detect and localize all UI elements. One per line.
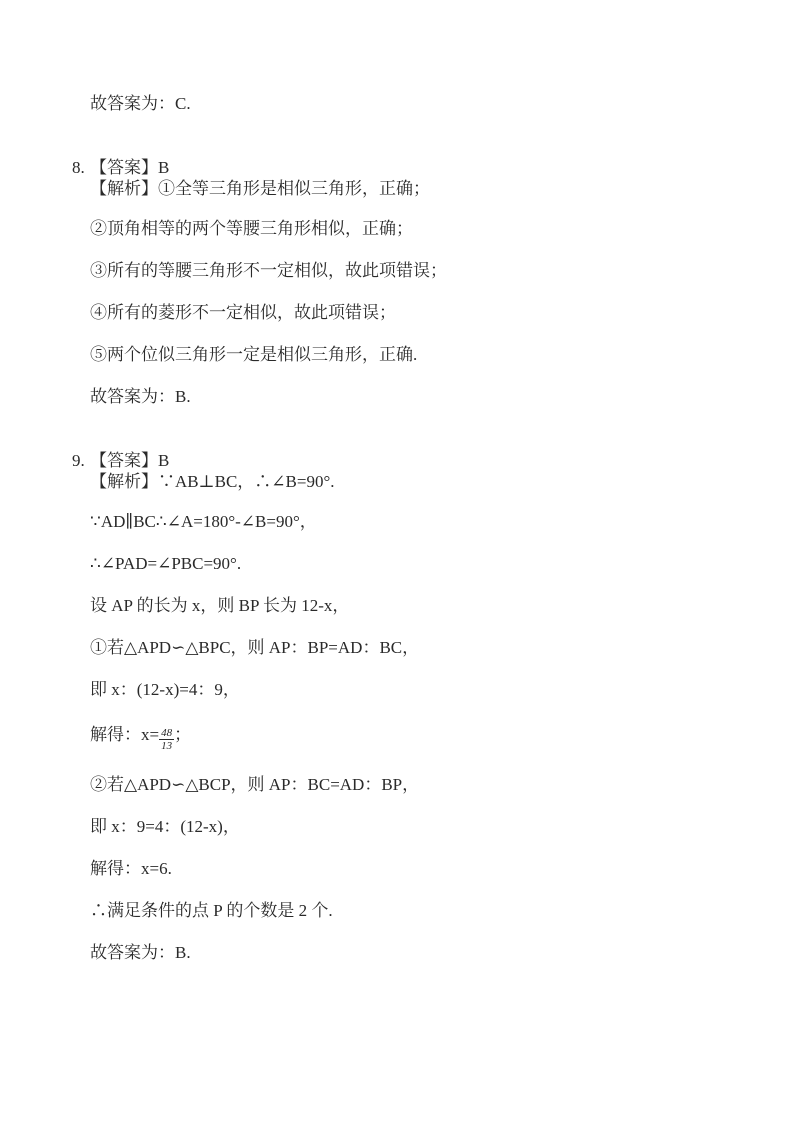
solution-paragraph: ⑤两个位似三角形一定是相似三角形，正确. xyxy=(90,346,738,364)
solution-paragraph: ③所有的等腰三角形不一定相似，故此项错误； xyxy=(90,262,738,280)
solution-paragraph: ②顶角相等的两个等腰三角形相似，正确； xyxy=(90,220,738,238)
question-8-answer-line: 8.【答案】B xyxy=(90,157,738,178)
answer-summary-line-q7: 故答案为：C. xyxy=(90,95,738,113)
solution-paragraph: 即 x：(12-x)=4：9， xyxy=(90,681,738,699)
answer-value: B xyxy=(158,158,169,177)
solution-paragraph: ④所有的菱形不一定相似，故此项错误； xyxy=(90,304,738,322)
solution-paragraph: 设 AP 的长为 x，则 BP 长为 12-x， xyxy=(90,597,738,615)
answer-value: B xyxy=(158,451,169,470)
solution-paragraph: 即 x：9=4：(12-x)， xyxy=(90,818,738,836)
question-9-number: 9. xyxy=(72,450,90,471)
solution-paragraph: ②若△APD∽△BCP，则 AP：BC=AD：BP， xyxy=(90,776,738,794)
question-9-analysis-line: 【解析】∵AB⊥BC，∴∠B=90°. xyxy=(90,471,738,492)
solution-paragraph: 解得：x=6. xyxy=(90,860,738,878)
solution-paragraph: ∵AD∥BC∴∠A=180°-∠B=90°， xyxy=(90,513,738,531)
document-page: 故答案为：C. 8.【答案】B 【解析】①全等三角形是相似三角形，正确； ②顶角… xyxy=(0,0,793,1122)
fraction-denominator: 13 xyxy=(159,739,174,752)
answer-label: 【答案】 xyxy=(90,158,158,177)
answer-label: 【答案】 xyxy=(90,451,158,470)
question-8-number: 8. xyxy=(72,157,90,178)
question-8-block: 8.【答案】B 【解析】①全等三角形是相似三角形，正确； ②顶角相等的两个等腰三… xyxy=(90,157,738,406)
analysis-label: 【解析】 xyxy=(90,179,158,198)
fraction-numerator: 48 xyxy=(159,727,174,739)
analysis-text: ∵AB⊥BC，∴∠B=90°. xyxy=(158,472,335,491)
solution-paragraph: ∴满足条件的点 P 的个数是 2 个. xyxy=(90,902,738,920)
question-9-answer-line: 9.【答案】B xyxy=(90,450,738,471)
answer-summary-line-q8: 故答案为：B. xyxy=(90,388,738,406)
answer-summary-line-q9: 故答案为：B. xyxy=(90,944,738,962)
solution-paragraph-fraction: 解得：x=4813； xyxy=(90,719,738,752)
solution-paragraph: ∴∠PAD=∠PBC=90°. xyxy=(90,555,738,573)
fraction-suffix: ； xyxy=(174,725,191,744)
page-content: 故答案为：C. 8.【答案】B 【解析】①全等三角形是相似三角形，正确； ②顶角… xyxy=(90,95,738,962)
analysis-label: 【解析】 xyxy=(90,472,158,491)
question-9-block: 9.【答案】B 【解析】∵AB⊥BC，∴∠B=90°. ∵AD∥BC∴∠A=18… xyxy=(90,450,738,962)
question-8-analysis-line: 【解析】①全等三角形是相似三角形，正确； xyxy=(90,178,738,199)
analysis-text: ①全等三角形是相似三角形，正确； xyxy=(158,179,430,198)
solution-paragraph: ①若△APD∽△BPC，则 AP：BP=AD：BC， xyxy=(90,639,738,657)
fraction-prefix: 解得：x= xyxy=(90,725,159,744)
fraction: 4813 xyxy=(159,727,174,752)
